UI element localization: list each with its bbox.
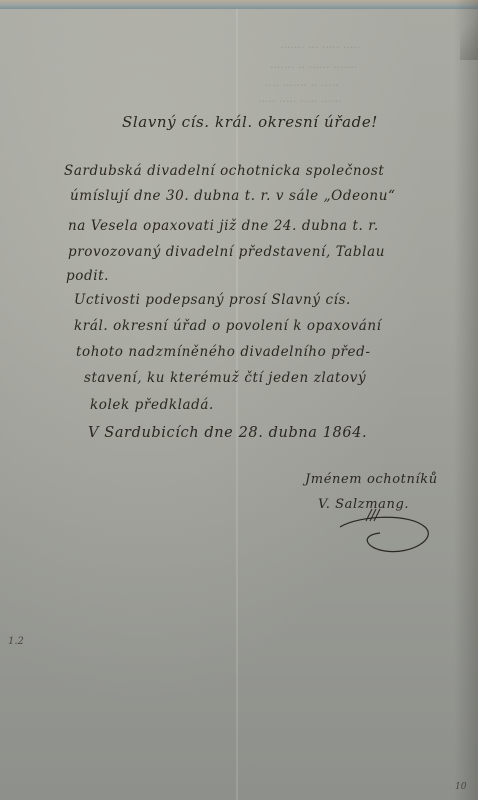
page-edge-shadow [454, 0, 478, 800]
body-line: provozovaný divadelní představení, Tabla… [68, 244, 385, 260]
margin-mark-left: 1.2 [8, 636, 24, 647]
place-date: V Sardubicích dne 28. dubna 1864. [88, 425, 367, 441]
body-line-text: úmíslují dne 30. dubna t. r. v sále „Ode… [70, 188, 396, 204]
document-page: ..... ..... ... ....... ....... ...... .… [0, 0, 478, 800]
body-line: úmíslují dne 30. dubna t. r. v sále „Ode… [70, 188, 396, 204]
bleed-through-line: ..... .. ....... .... [265, 76, 338, 89]
bleed-through-line: ...... ..... ..... ..... [258, 92, 342, 105]
page-top-edge [0, 0, 478, 9]
body-line: tohoto nadzmíněného divadelního před- [76, 344, 371, 360]
body-line: Sardubská divadelní ochotnicka společnos… [64, 163, 384, 179]
bleed-through-line: ....... ...... .. ....... [270, 58, 357, 71]
body-line: na Vesela opaxovati již dne 24. dubna t.… [68, 218, 379, 234]
body-line: Uctivosti podepsaný prosí Slavný cís. [74, 292, 351, 308]
body-line: král. okresní úřad o povolení k opaxován… [74, 318, 382, 334]
page-corner-curl [460, 0, 478, 60]
bleed-through-line: ..... ..... ... ....... [280, 38, 360, 51]
body-line: kolek předkladá. [90, 397, 214, 413]
salutation: Slavný cís. král. okresní úřade! [122, 113, 378, 131]
signature-on-behalf: Jménem ochotníků [305, 472, 438, 487]
body-line: podit. [66, 268, 109, 284]
body-line: stavení, ku kterémuž čtí jeden zlatový [84, 370, 366, 386]
signature-flourish [330, 505, 440, 560]
margin-mark-bottom-right: 10 [455, 782, 466, 792]
